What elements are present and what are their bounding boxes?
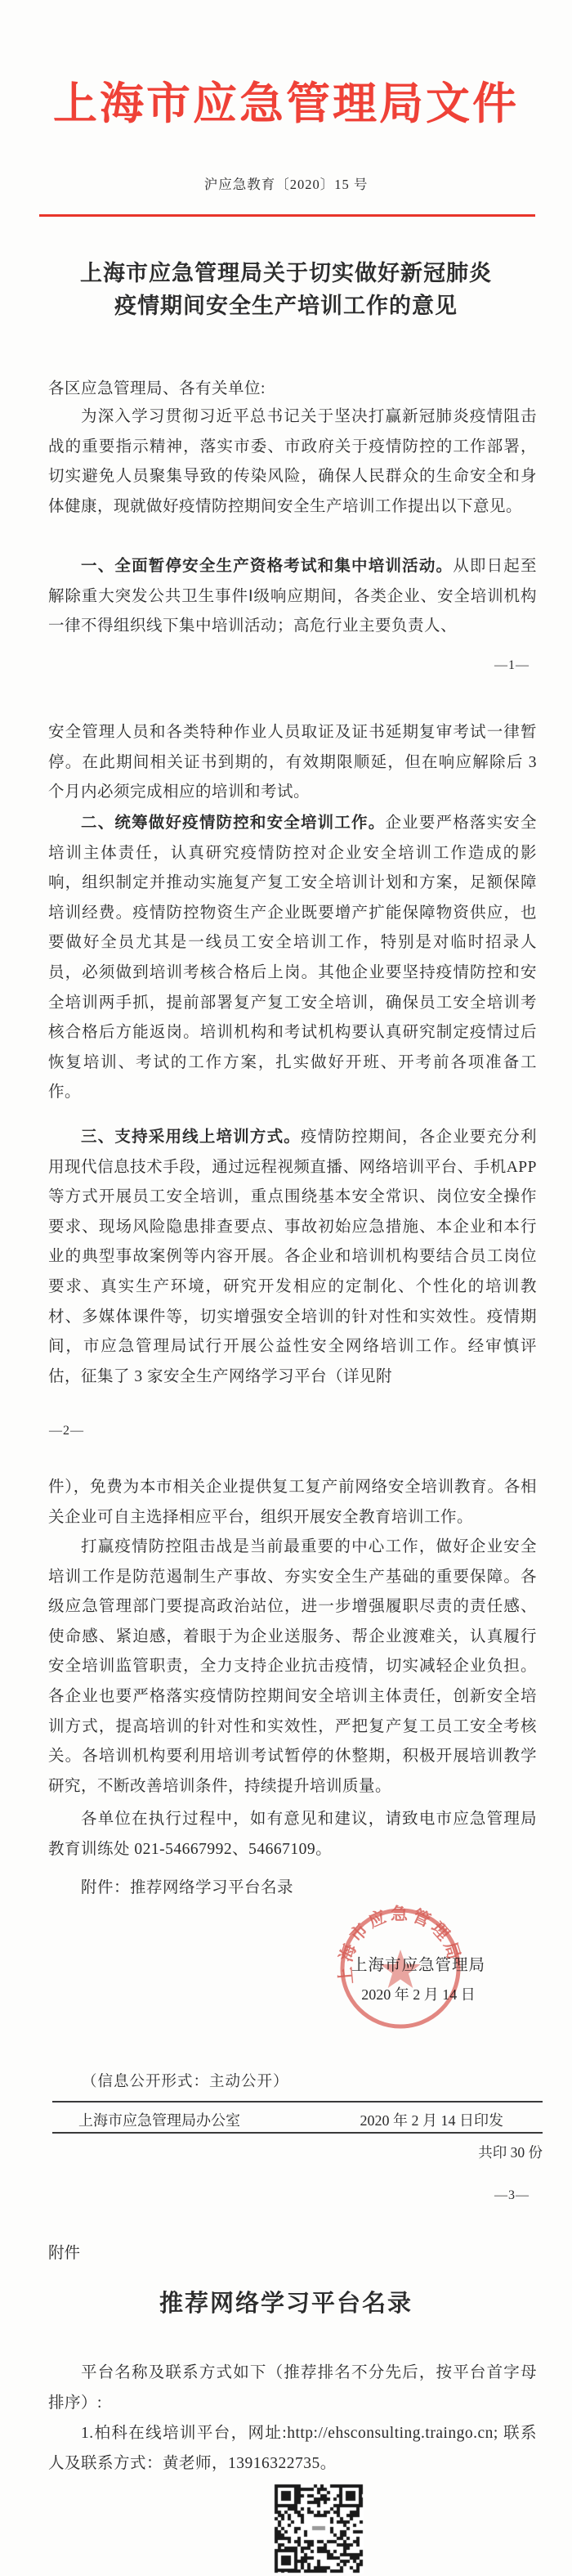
disclosure-line: （信息公开形式：主动公开） — [82, 2070, 289, 2091]
paragraph-intro: 为深入学习贯彻习近平总书记关于坚决打赢新冠肺炎疫情阻击战的重要指示精神，落实市委… — [48, 402, 537, 522]
signature-date: 2020 年 2 月 14 日 — [337, 1980, 500, 2009]
footer-office-row: 上海市应急管理局办公室 2020 年 2 月 14 日印发 — [52, 2107, 543, 2134]
issuing-office: 上海市应急管理局办公室 — [78, 2107, 240, 2134]
section-3-heading: 三、支持采用线上培训方式。 — [81, 1128, 301, 1146]
footer-rule-bottom — [52, 2132, 543, 2134]
signature-block: 上海市应急管理局 2020 年 2 月 14 日 — [337, 1952, 500, 2009]
section-2-paragraph: 二、统筹做好疫情防控和安全培训工作。企业要严格落实安全培训主体责任，认真研究疫情… — [48, 808, 537, 1108]
section-2-heading: 二、统筹做好疫情防控和安全培训工作。 — [81, 814, 385, 832]
footer-rule-top — [52, 2101, 543, 2103]
red-separator-rule — [39, 214, 535, 217]
section-1-text-part2: 安全管理人员和各类特种作业人员取证及证书延期复审考试一律暂停。在此期间相关证书到… — [48, 718, 537, 808]
attachment-note: 附件：推荐网络学习平台名录 — [48, 1874, 537, 1904]
scanned-document-page: 上海市应急管理局文件 沪应急教育〔2020〕15 号 上海市应急管理局关于切实做… — [0, 0, 572, 2576]
qr-code — [274, 2484, 364, 2574]
section-1-heading: 一、全面暂停安全生产资格考试和集中培训活动。 — [81, 557, 453, 575]
page-number-3: —3— — [494, 2183, 530, 2208]
page-number-2: —2— — [49, 1419, 84, 1443]
document-title: 上海市应急管理局关于切实做好新冠肺炎 疫情期间安全生产培训工作的意见 — [0, 257, 572, 322]
section-3-paragraph-part1: 三、支持采用线上培训方式。疫情防控期间，各企业要充分利用现代信息技术手段，通过远… — [48, 1122, 537, 1392]
section-2-text: 企业要严格落实安全培训主体责任，认真研究疫情防控对企业安全培训工作造成的影响，组… — [48, 815, 537, 1101]
section-3-text-part1: 疫情防控期间，各企业要充分利用现代信息技术手段，通过远程视频直播、网络培训平台、… — [48, 1129, 537, 1385]
section-1-paragraph-part1: 一、全面暂停安全生产资格考试和集中培训活动。从即日起至解除重大突发公共卫生事件Ⅰ… — [48, 551, 537, 642]
attachment-title: 推荐网络学习平台名录 — [0, 2285, 572, 2318]
signature-org: 上海市应急管理局 — [337, 1952, 500, 1980]
doc-number: 沪应急教育〔2020〕15 号 — [0, 173, 572, 193]
print-copies: 共印 30 份 — [478, 2140, 543, 2165]
document-title-line2: 疫情期间安全生产培训工作的意见 — [0, 289, 572, 322]
contact-paragraph: 各单位在执行过程中，如有意见和建议，请致电市应急管理局教育训练处 021-546… — [48, 1805, 537, 1865]
attachment-intro: 平台名称及联系方式如下（推荐排名不分先后，按平台首字母排序）: — [48, 2358, 537, 2418]
page-number-1: —1— — [494, 653, 530, 678]
print-date: 2020 年 2 月 14 日印发 — [360, 2107, 504, 2134]
document-title-line1: 上海市应急管理局关于切实做好新冠肺炎 — [0, 257, 572, 289]
closing-paragraph: 打赢疫情防控阻击战是当前最重要的中心工作，做好企业安全培训工作是防范遏制生产事故… — [48, 1533, 537, 1802]
attachment-item-1: 1.柏科在线培训平台，网址:http://ehsconsulting.train… — [48, 2419, 537, 2479]
bureau-title: 上海市应急管理局文件 — [0, 69, 572, 132]
section-3-text-part2: 件），免费为本市相关企业提供复工复产前网络安全培训教育。各相关企业可自主选择相应… — [48, 1473, 537, 1533]
attachment-label: 附件 — [48, 2240, 80, 2263]
salutation: 各区应急管理局、各有关单位: — [48, 375, 537, 405]
